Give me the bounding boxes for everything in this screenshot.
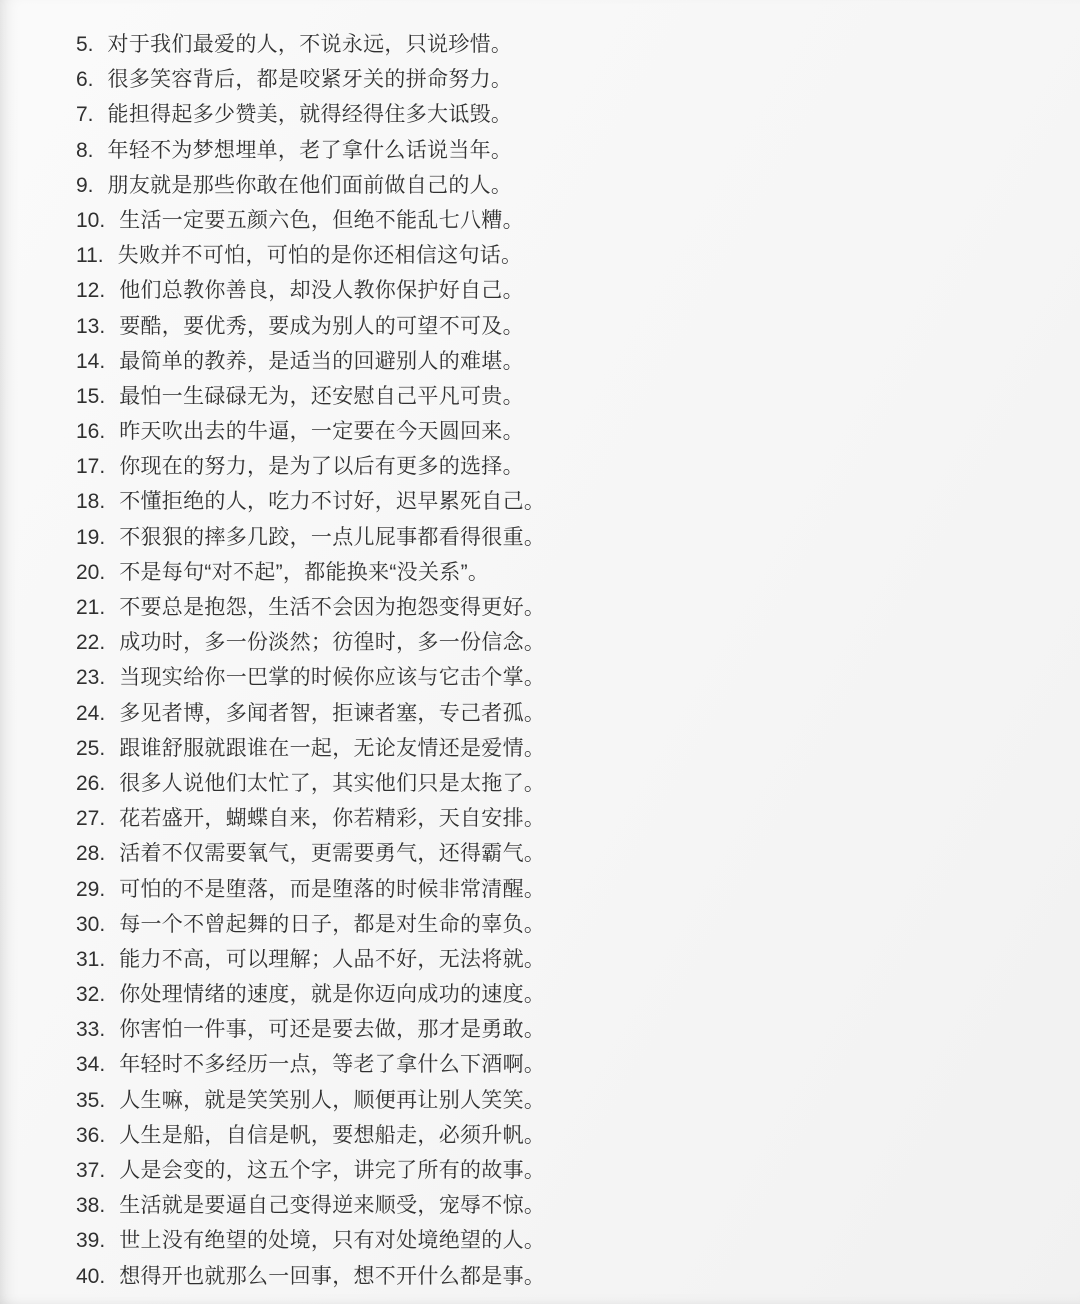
quote-number: 7. <box>76 97 94 132</box>
quote-text: 很多笑容背后，都是咬紧牙关的拼命努力。 <box>108 62 513 97</box>
quote-item: 32. 你处理情绪的速度，就是你迈向成功的速度。 <box>76 977 1060 1012</box>
quote-text: 失败并不可怕，可怕的是你还相信这句话。 <box>118 238 523 273</box>
quote-number: 15. <box>76 379 105 414</box>
quote-number: 33. <box>76 1012 105 1047</box>
quote-number: 9. <box>76 168 94 203</box>
quote-number: 12. <box>76 273 105 308</box>
quote-text: 能担得起多少赞美，就得经得住多大诋毁。 <box>108 97 513 132</box>
quote-text: 人是会变的，这五个字，讲完了所有的故事。 <box>119 1153 545 1188</box>
quote-text: 人生是船，自信是帆，要想船走，必须升帆。 <box>119 1118 545 1153</box>
quote-text: 多见者博，多闻者智，拒谏者塞，专己者孤。 <box>119 696 545 731</box>
quote-number: 6. <box>76 62 94 97</box>
quote-item: 10. 生活一定要五颜六色，但绝不能乱七八糟。 <box>76 203 1060 238</box>
quote-text: 你处理情绪的速度，就是你迈向成功的速度。 <box>119 977 545 1012</box>
quote-text: 你害怕一件事，可还是要去做，那才是勇敢。 <box>119 1012 545 1047</box>
quote-text: 可怕的不是堕落，而是堕落的时候非常清醒。 <box>119 872 545 907</box>
quote-text: 世上没有绝望的处境，只有对处境绝望的人。 <box>119 1223 545 1258</box>
quote-text: 当现实给你一巴掌的时候你应该与它击个掌。 <box>119 660 545 695</box>
quote-item: 13. 要酷，要优秀，要成为别人的可望不可及。 <box>76 309 1060 344</box>
quotes-page: 5. 对于我们最爱的人，不说永远，只说珍惜。 6. 很多笑容背后，都是咬紧牙关的… <box>0 0 1080 1304</box>
quote-text: 成功时，多一份淡然；彷徨时，多一份信念。 <box>119 625 545 660</box>
quote-list: 5. 对于我们最爱的人，不说永远，只说珍惜。 6. 很多笑容背后，都是咬紧牙关的… <box>0 0 1080 1294</box>
quote-item: 6. 很多笑容背后，都是咬紧牙关的拼命努力。 <box>76 62 1060 97</box>
quote-number: 21. <box>76 590 105 625</box>
quote-number: 16. <box>76 414 105 449</box>
quote-item: 38. 生活就是要逼自己变得逆来顺受，宠辱不惊。 <box>76 1188 1060 1223</box>
quote-item: 22. 成功时，多一份淡然；彷徨时，多一份信念。 <box>76 625 1060 660</box>
quote-number: 11. <box>76 238 104 273</box>
quote-number: 37. <box>76 1153 105 1188</box>
quote-text: 最怕一生碌碌无为，还安慰自己平凡可贵。 <box>119 379 524 414</box>
quote-text: 能力不高，可以理解；人品不好，无法将就。 <box>119 942 545 977</box>
quote-item: 12. 他们总教你善良，却没人教你保护好自己。 <box>76 273 1060 308</box>
quote-item: 30. 每一个不曾起舞的日子，都是对生命的辜负。 <box>76 907 1060 942</box>
quote-text: 人生嘛，就是笑笑别人，顺便再让别人笑笑。 <box>119 1083 545 1118</box>
quote-number: 26. <box>76 766 105 801</box>
quote-number: 38. <box>76 1188 105 1223</box>
quote-item: 36. 人生是船，自信是帆，要想船走，必须升帆。 <box>76 1118 1060 1153</box>
quote-text: 每一个不曾起舞的日子，都是对生命的辜负。 <box>119 907 545 942</box>
quote-number: 35. <box>76 1083 105 1118</box>
quote-number: 29. <box>76 872 105 907</box>
quote-text: 年轻时不多经历一点，等老了拿什么下酒啊。 <box>119 1047 545 1082</box>
quote-item: 24. 多见者博，多闻者智，拒谏者塞，专己者孤。 <box>76 696 1060 731</box>
quote-item: 39. 世上没有绝望的处境，只有对处境绝望的人。 <box>76 1223 1060 1258</box>
quote-item: 17. 你现在的努力，是为了以后有更多的选择。 <box>76 449 1060 484</box>
quote-item: 19. 不狠狠的摔多几跤，一点儿屁事都看得很重。 <box>76 520 1060 555</box>
quote-item: 40. 想得开也就那么一回事，想不开什么都是事。 <box>76 1259 1060 1294</box>
quote-item: 20. 不是每句“对不起”，都能换来“没关系”。 <box>76 555 1060 590</box>
quote-item: 15. 最怕一生碌碌无为，还安慰自己平凡可贵。 <box>76 379 1060 414</box>
quote-text: 年轻不为梦想埋单，老了拿什么话说当年。 <box>108 133 513 168</box>
quote-number: 23. <box>76 660 105 695</box>
quote-text: 不懂拒绝的人，吃力不讨好，迟早累死自己。 <box>119 484 545 519</box>
quote-text: 朋友就是那些你敢在他们面前做自己的人。 <box>108 168 513 203</box>
quote-number: 32. <box>76 977 105 1012</box>
quote-text: 他们总教你善良，却没人教你保护好自己。 <box>119 273 524 308</box>
quote-item: 16. 昨天吹出去的牛逼，一定要在今天圆回来。 <box>76 414 1060 449</box>
quote-number: 17. <box>76 449 105 484</box>
quote-number: 5. <box>76 27 94 62</box>
quote-number: 34. <box>76 1047 105 1082</box>
quote-item: 29. 可怕的不是堕落，而是堕落的时候非常清醒。 <box>76 872 1060 907</box>
quote-text: 对于我们最爱的人，不说永远，只说珍惜。 <box>108 27 513 62</box>
quote-text: 生活就是要逼自己变得逆来顺受，宠辱不惊。 <box>119 1188 545 1223</box>
quote-item: 11. 失败并不可怕，可怕的是你还相信这句话。 <box>76 238 1060 273</box>
quote-item: 5. 对于我们最爱的人，不说永远，只说珍惜。 <box>76 27 1060 62</box>
quote-text: 不要总是抱怨，生活不会因为抱怨变得更好。 <box>119 590 545 625</box>
quote-number: 27. <box>76 801 105 836</box>
quote-item: 33. 你害怕一件事，可还是要去做，那才是勇敢。 <box>76 1012 1060 1047</box>
quote-text: 昨天吹出去的牛逼，一定要在今天圆回来。 <box>119 414 524 449</box>
quote-number: 36. <box>76 1118 105 1153</box>
quote-number: 10. <box>76 203 105 238</box>
quote-number: 22. <box>76 625 105 660</box>
quote-text: 很多人说他们太忙了，其实他们只是太拖了。 <box>119 766 545 801</box>
quote-number: 40. <box>76 1259 105 1294</box>
quote-text: 跟谁舒服就跟谁在一起，无论友情还是爱情。 <box>119 731 545 766</box>
quote-item: 14. 最简单的教养，是适当的回避别人的难堪。 <box>76 344 1060 379</box>
quote-number: 31. <box>76 942 105 977</box>
quote-text: 不狠狠的摔多几跤，一点儿屁事都看得很重。 <box>119 520 545 555</box>
quote-text: 要酷，要优秀，要成为别人的可望不可及。 <box>119 309 524 344</box>
quote-number: 18. <box>76 484 105 519</box>
quote-number: 28. <box>76 836 105 871</box>
quote-text: 不是每句“对不起”，都能换来“没关系”。 <box>119 555 489 590</box>
quote-number: 24. <box>76 696 105 731</box>
quote-text: 活着不仅需要氧气，更需要勇气，还得霸气。 <box>119 836 545 871</box>
quote-item: 18. 不懂拒绝的人，吃力不讨好，迟早累死自己。 <box>76 484 1060 519</box>
quote-item: 23. 当现实给你一巴掌的时候你应该与它击个掌。 <box>76 660 1060 695</box>
quote-number: 14. <box>76 344 105 379</box>
quote-item: 31. 能力不高，可以理解；人品不好，无法将就。 <box>76 942 1060 977</box>
quote-number: 13. <box>76 309 105 344</box>
quote-number: 8. <box>76 133 94 168</box>
quote-number: 25. <box>76 731 105 766</box>
quote-number: 19. <box>76 520 105 555</box>
quote-item: 21. 不要总是抱怨，生活不会因为抱怨变得更好。 <box>76 590 1060 625</box>
quote-item: 27. 花若盛开，蝴蝶自来，你若精彩，天自安排。 <box>76 801 1060 836</box>
quote-item: 7. 能担得起多少赞美，就得经得住多大诋毁。 <box>76 97 1060 132</box>
quote-text: 你现在的努力，是为了以后有更多的选择。 <box>119 449 524 484</box>
quote-text: 生活一定要五颜六色，但绝不能乱七八糟。 <box>119 203 524 238</box>
quote-item: 25. 跟谁舒服就跟谁在一起，无论友情还是爱情。 <box>76 731 1060 766</box>
quote-text: 最简单的教养，是适当的回避别人的难堪。 <box>119 344 524 379</box>
quote-item: 26. 很多人说他们太忙了，其实他们只是太拖了。 <box>76 766 1060 801</box>
quote-text: 想得开也就那么一回事，想不开什么都是事。 <box>119 1259 545 1294</box>
quote-item: 34. 年轻时不多经历一点，等老了拿什么下酒啊。 <box>76 1047 1060 1082</box>
quote-item: 37. 人是会变的，这五个字，讲完了所有的故事。 <box>76 1153 1060 1188</box>
quote-item: 35. 人生嘛，就是笑笑别人，顺便再让别人笑笑。 <box>76 1083 1060 1118</box>
quote-text: 花若盛开，蝴蝶自来，你若精彩，天自安排。 <box>119 801 545 836</box>
quote-item: 28. 活着不仅需要氧气，更需要勇气，还得霸气。 <box>76 836 1060 871</box>
quote-number: 20. <box>76 555 105 590</box>
quote-number: 39. <box>76 1223 105 1258</box>
quote-item: 8. 年轻不为梦想埋单，老了拿什么话说当年。 <box>76 133 1060 168</box>
quote-number: 30. <box>76 907 105 942</box>
quote-item: 9. 朋友就是那些你敢在他们面前做自己的人。 <box>76 168 1060 203</box>
